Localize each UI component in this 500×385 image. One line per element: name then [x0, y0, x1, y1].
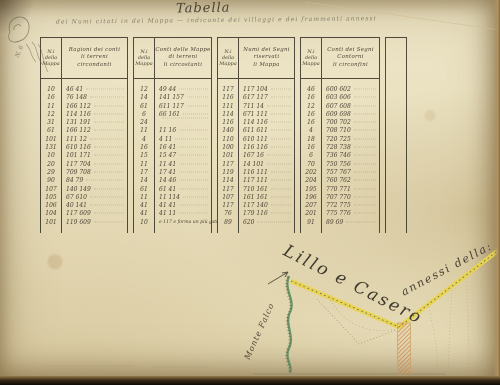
cell-values: 611 611 — [238, 127, 294, 135]
cell-mappa-number: 24 — [134, 119, 154, 127]
cell-values: 603 606 — [321, 94, 379, 102]
table-row: 9189 69 — [301, 219, 379, 227]
header-line: Mappa — [218, 61, 238, 67]
cell-values: 117 104 — [238, 86, 294, 94]
narrow-header: N.i della Mappa — [134, 38, 155, 78]
header-line: circondanti — [62, 62, 127, 69]
wide-header: Ragioni dei conti li terreni circondanti — [62, 38, 127, 78]
cell-values: 89 69 — [321, 219, 379, 227]
table-group-4: N.i della Mappa Conti dei Segni Contorni… — [300, 37, 380, 233]
cell-mappa-number: 16 — [301, 111, 321, 119]
cell-mappa-number: 14 — [134, 94, 154, 102]
group-header: N.i della Mappa Conti delle Mappe di ter… — [134, 38, 211, 79]
cell-values: 167 16 — [238, 152, 294, 160]
cell-mappa-number: 16 — [301, 119, 321, 127]
narrow-header: N.i della Mappa — [41, 38, 62, 78]
cell-values: 710 161 — [238, 186, 294, 194]
narrow-header: N.i della Mappa — [218, 38, 239, 78]
cell-mappa-number: 104 — [41, 210, 61, 218]
cell-values: 61 41 — [154, 186, 211, 194]
table-row: 101119 609 — [41, 219, 127, 227]
table-row: 11166 112 — [41, 103, 127, 111]
table-row: 4141 11 — [134, 210, 211, 218]
cell-mappa-number: 117 — [218, 86, 238, 94]
table-row: 116114 116 — [218, 119, 294, 127]
table-row: 16603 606 — [301, 94, 379, 102]
header-line: li Mappa — [239, 62, 294, 69]
table-row: 14141 157 — [134, 94, 211, 102]
table-row: 12114 116 — [41, 111, 127, 119]
table-row: 4708 710 — [301, 127, 379, 135]
header-line: Ragioni dei conti — [62, 47, 127, 54]
cell-mappa-number: 20 — [41, 161, 61, 169]
table-row: 1676 148 — [41, 94, 127, 102]
cell-mappa-number: 10 — [41, 152, 61, 160]
cell-mappa-number: 16 — [41, 94, 61, 102]
cell-mappa-number: 116 — [218, 119, 238, 127]
cell-mappa-number: 90 — [41, 177, 61, 185]
cell-values: 610 111 — [238, 136, 294, 144]
cell-values: 750 756 — [321, 161, 379, 169]
table-row: 44 11 — [134, 136, 211, 144]
cell-mappa-number: 11 — [134, 127, 154, 135]
table-row: 1515 47 — [134, 152, 211, 160]
cell-values: 49 44 — [154, 86, 211, 94]
cell-values: 708 710 — [321, 127, 379, 135]
cell-values: 119 609 — [61, 219, 127, 227]
cell-values: 14 101 — [238, 161, 294, 169]
table-row: 1249 44 — [134, 86, 211, 94]
table-group-1: N.i della Mappa Ragioni dei conti li ter… — [40, 37, 128, 233]
header-line: Conti delle Mappe — [155, 47, 211, 54]
table-row: 117710 161 — [218, 186, 294, 194]
cell-values: 41 11 — [154, 210, 211, 218]
table-row: 101111 12 — [41, 136, 127, 144]
group-header: N.i della Mappa Numi dei Segni riservati… — [218, 38, 294, 79]
cell-values: e 117 e forma un più gsti — [154, 219, 224, 227]
narrow-header: N.i della Mappa — [301, 38, 322, 78]
table-group-2: N.i della Mappa Conti delle Mappe di ter… — [133, 37, 212, 233]
cell-mappa-number: 114 — [218, 177, 238, 185]
cell-values: 114 116 — [238, 119, 294, 127]
table-row: 20117 704 — [41, 161, 127, 169]
scanned-document-page: Tabella dei Numi citati in dei Mappa — i… — [0, 0, 500, 385]
cell-mappa-number: 4 — [134, 136, 154, 144]
table-row: 107161 161 — [218, 194, 294, 202]
table-row: 76179 116 — [218, 210, 294, 218]
cell-values: 11 16 — [154, 127, 211, 135]
cell-values: 101 171 — [61, 152, 127, 160]
cell-mappa-number: 207 — [301, 202, 321, 210]
table-row: 116617 117 — [218, 94, 294, 102]
cell-mappa-number: 12 — [41, 111, 61, 119]
group-header: N.i della Mappa Ragioni dei conti li ter… — [41, 38, 127, 79]
header-line: riservati — [239, 54, 294, 61]
group-body: 1249 4414141 15761611 117666 161241111 1… — [134, 79, 211, 233]
cell-mappa-number: 18 — [301, 136, 321, 144]
table-row: 131610 116 — [41, 144, 127, 152]
cell-values: 14 46 — [154, 177, 211, 185]
faint-margin-lines — [45, 366, 208, 367]
table-row: 100116 116 — [218, 144, 294, 152]
cell-values: 736 746 — [321, 152, 379, 160]
cell-values: 15 47 — [154, 152, 211, 160]
table-row: 1046 41 — [41, 86, 127, 94]
table-row: 29709 708 — [41, 169, 127, 177]
header-line: di terreni — [155, 54, 211, 61]
cell-values: 67 610 — [61, 194, 127, 202]
cell-values: 166 112 — [61, 127, 127, 135]
cell-values: 607 608 — [321, 103, 379, 111]
cell-mappa-number: 61 — [134, 103, 154, 111]
cell-mappa-number: 196 — [301, 194, 321, 202]
table-row: 31131 191 — [41, 119, 127, 127]
cell-mappa-number: 101 — [41, 219, 61, 227]
cell-values: 617 117 — [238, 94, 294, 102]
table-row: 117117 140 — [218, 202, 294, 210]
header-line: li terreni — [62, 54, 127, 61]
table-row: 119116 111 — [218, 169, 294, 177]
cell-mappa-number: 117 — [218, 161, 238, 169]
page-subtitle: dei Numi citati in dei Mappa — indicante… — [56, 15, 366, 25]
cell-mappa-number: 101 — [41, 136, 61, 144]
cell-mappa-number: 117 — [218, 186, 238, 194]
cell-values: 111 12 — [61, 136, 127, 144]
cell-mappa-number: 29 — [41, 169, 61, 177]
cell-values: 671 111 — [238, 111, 294, 119]
cell-mappa-number: 100 — [218, 144, 238, 152]
cell-mappa-number: 41 — [134, 210, 154, 218]
cell-values: 620 — [238, 219, 294, 227]
cell-values: 114 116 — [61, 111, 127, 119]
stream-path — [287, 276, 291, 373]
cell-values: 117 704 — [61, 161, 127, 169]
cell-values: 41 41 — [154, 202, 211, 210]
table-row: 16700 702 — [301, 119, 379, 127]
cell-mappa-number: 116 — [218, 94, 238, 102]
cell-mappa-number: 11 — [134, 194, 154, 202]
group-body: 117117 104116617 117111711 14114671 1111… — [218, 79, 294, 233]
table-row: 9084 79 — [41, 177, 127, 185]
cell-mappa-number: 105 — [41, 194, 61, 202]
wide-header: Numi dei Segni riservati li Mappa — [239, 38, 294, 78]
table-row: 114671 111 — [218, 111, 294, 119]
table-row: 10101 171 — [41, 152, 127, 160]
table-row: 101167 16 — [218, 152, 294, 160]
cell-mappa-number: 101 — [218, 152, 238, 160]
cell-values: 700 702 — [321, 119, 379, 127]
header-line: Conti dei Segni — [322, 47, 379, 54]
cell-mappa-number: 41 — [134, 202, 154, 210]
cell-values: 610 116 — [61, 144, 127, 152]
table-row: 18720 725 — [301, 136, 379, 144]
cell-values: 117 609 — [61, 210, 127, 218]
cell-values: 46 41 — [61, 86, 127, 94]
header-line: li circostanti — [155, 62, 211, 69]
cell-values: 116 111 — [238, 169, 294, 177]
cell-mappa-number: 70 — [301, 161, 321, 169]
cell-mappa-number: 117 — [218, 202, 238, 210]
cell-mappa-number: 107 — [41, 186, 61, 194]
group-body: 46600 60216603 60612607 60816609 6981670… — [301, 79, 379, 233]
cell-mappa-number: 14 — [134, 177, 154, 185]
cell-values: 775 776 — [321, 210, 379, 218]
cell-mappa-number: 204 — [301, 177, 321, 185]
cell-mappa-number: 6 — [134, 111, 154, 119]
empty-column — [385, 37, 407, 233]
table-row: 1111 114 — [134, 194, 211, 202]
cell-values: 131 191 — [61, 119, 127, 127]
header-line: Contorni — [322, 54, 379, 61]
table-row: 1616 41 — [134, 144, 211, 152]
cell-mappa-number: 91 — [301, 219, 321, 227]
page-title: Tabella — [176, 1, 231, 17]
cell-mappa-number: 11 — [134, 161, 154, 169]
cell-values: 16 41 — [154, 144, 211, 152]
table-row: 10640 141 — [41, 202, 127, 210]
header-line: Mappa — [301, 61, 321, 67]
map-annex-label: annessi della: — [399, 239, 495, 298]
cell-values: 728 738 — [321, 144, 379, 152]
cell-mappa-number: 16 — [134, 144, 154, 152]
cell-mappa-number: 195 — [301, 186, 321, 194]
ledger-table: N.i della Mappa Ragioni dei conti li ter… — [40, 37, 412, 233]
cell-values: 11 114 — [154, 194, 211, 202]
table-row: 1111 16 — [134, 127, 211, 135]
margin-stamp-note: N. 6 — [14, 44, 25, 58]
header-line: Mappa — [41, 61, 61, 67]
table-row: 12607 608 — [301, 103, 379, 111]
cell-values: 611 117 — [154, 103, 211, 111]
cell-values: 140 149 — [61, 186, 127, 194]
table-row: 201775 776 — [301, 210, 379, 218]
table-row: 70750 756 — [301, 161, 379, 169]
cell-mappa-number: 202 — [301, 169, 321, 177]
cell-values: 166 112 — [61, 103, 127, 111]
cell-values: 707 770 — [321, 194, 379, 202]
cell-mappa-number: 140 — [218, 127, 238, 135]
table-row: 110610 111 — [218, 136, 294, 144]
table-row: 114117 111 — [218, 177, 294, 185]
table-row: 16609 698 — [301, 111, 379, 119]
table-row: 46600 602 — [301, 86, 379, 94]
cell-values: 600 602 — [321, 86, 379, 94]
table-row: 202757 767 — [301, 169, 379, 177]
cell-mappa-number: 6 — [301, 152, 321, 160]
cell-values: 711 14 — [238, 103, 294, 111]
cell-values: 161 161 — [238, 194, 294, 202]
cell-values: 609 698 — [321, 111, 379, 119]
table-row: 6161 41 — [134, 186, 211, 194]
header-line: Numi dei Segni — [239, 47, 294, 54]
hatched-structure-area — [398, 323, 411, 374]
cell-values: 11 41 — [154, 161, 211, 169]
cell-mappa-number: 16 — [301, 144, 321, 152]
table-row: 24 — [134, 119, 211, 127]
group-body: 1046 411676 14811166 11212114 11631131 1… — [41, 79, 127, 233]
table-row: 4141 41 — [134, 202, 211, 210]
cell-values: 117 111 — [238, 177, 294, 185]
cell-values: 4 11 — [154, 136, 211, 144]
cell-mappa-number: 107 — [218, 194, 238, 202]
cell-mappa-number: 12 — [301, 103, 321, 111]
cell-mappa-number: 17 — [134, 169, 154, 177]
cell-mappa-number: 31 — [41, 119, 61, 127]
table-row: 1717 41 — [134, 169, 211, 177]
cell-mappa-number: 15 — [134, 152, 154, 160]
cell-values — [154, 119, 211, 127]
cell-values: 84 79 — [61, 177, 127, 185]
table-row: 107140 149 — [41, 186, 127, 194]
cell-mappa-number: 106 — [41, 202, 61, 210]
cell-mappa-number: 11 — [41, 103, 61, 111]
cell-mappa-number: 4 — [301, 127, 321, 135]
table-row: 104117 609 — [41, 210, 127, 218]
header-line: Mappa — [134, 61, 154, 67]
cell-mappa-number: 61 — [41, 127, 61, 135]
cell-mappa-number: 89 — [218, 219, 238, 227]
header-line: li circonfini — [322, 62, 379, 69]
cell-mappa-number: 201 — [301, 210, 321, 218]
table-row: 117117 104 — [218, 86, 294, 94]
cell-mappa-number: 46 — [301, 86, 321, 94]
table-row: 11714 101 — [218, 161, 294, 169]
cell-values: 757 767 — [321, 169, 379, 177]
page-corner-shadow — [0, 0, 34, 34]
table-row: 1414 46 — [134, 177, 211, 185]
cell-values: 40 141 — [61, 202, 127, 210]
pencil-sketch-path-3 — [428, 282, 469, 372]
cell-values: 772 775 — [321, 202, 379, 210]
table-row: 61611 117 — [134, 103, 211, 111]
table-row: 196707 770 — [301, 194, 379, 202]
table-row: 140611 611 — [218, 127, 294, 135]
cell-mappa-number: 131 — [41, 144, 61, 152]
table-row: 6736 746 — [301, 152, 379, 160]
stream-hatch-ticks — [286, 277, 290, 373]
table-row: 61166 112 — [41, 127, 127, 135]
cell-values: 760 762 — [321, 177, 379, 185]
group-header: N.i della Mappa Conti dei Segni Contorni… — [301, 38, 379, 79]
cell-values: 117 140 — [238, 202, 294, 210]
cell-values: 179 116 — [238, 210, 294, 218]
cell-values: 17 41 — [154, 169, 211, 177]
cell-mappa-number: 10 — [41, 86, 61, 94]
cell-mappa-number: 12 — [134, 86, 154, 94]
cell-mappa-number: 61 — [134, 186, 154, 194]
north-arrow-icon — [268, 272, 288, 284]
wide-header: Conti delle Mappe di terreni li circosta… — [155, 38, 211, 78]
monte-label: Monte Falco — [243, 301, 276, 361]
cell-values: 770 771 — [321, 186, 379, 194]
table-row: 10567 610 — [41, 194, 127, 202]
table-row: 1111 41 — [134, 161, 211, 169]
cell-values: 141 157 — [154, 94, 211, 102]
table-row: 207772 775 — [301, 202, 379, 210]
cell-mappa-number: 16 — [301, 94, 321, 102]
cell-values: 720 725 — [321, 136, 379, 144]
table-row: 10e 117 e forma un più gsti — [134, 219, 211, 227]
wide-header: Conti dei Segni Contorni li circonfini — [322, 38, 379, 78]
cell-mappa-number: 114 — [218, 111, 238, 119]
cell-mappa-number: 119 — [218, 169, 238, 177]
table-row: 195770 771 — [301, 186, 379, 194]
cell-mappa-number: 76 — [218, 210, 238, 218]
cell-mappa-number: 110 — [218, 136, 238, 144]
table-group-3: N.i della Mappa Numi dei Segni riservati… — [217, 37, 295, 233]
cell-values: 76 148 — [61, 94, 127, 102]
table-row: 89620 — [218, 219, 294, 227]
cell-mappa-number: 111 — [218, 103, 238, 111]
cell-mappa-number: 10 — [134, 219, 154, 227]
table-row: 16728 738 — [301, 144, 379, 152]
page-right-edge — [493, 0, 500, 378]
table-row: 204760 762 — [301, 177, 379, 185]
table-row: 111711 14 — [218, 103, 294, 111]
cell-values: 116 116 — [238, 144, 294, 152]
scan-bottom-edge — [0, 376, 500, 385]
cell-values: 709 708 — [61, 169, 127, 177]
